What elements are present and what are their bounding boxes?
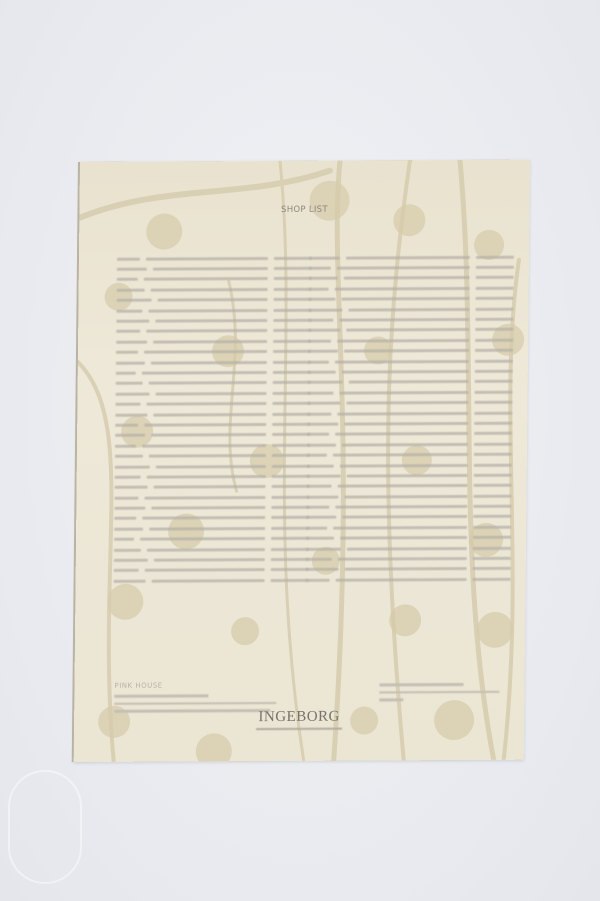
blurred-text: [473, 515, 511, 518]
blurred-text: [115, 465, 150, 468]
blurred-text: [307, 485, 332, 488]
blurred-text: [342, 443, 468, 447]
blurred-text: [474, 484, 512, 487]
blurred-text: [340, 536, 467, 540]
blurred-text: [474, 432, 512, 435]
blurred-text: [272, 475, 310, 478]
blurred-text: [146, 257, 268, 261]
blurred-text: [146, 329, 267, 333]
brand-name: INGEBORG: [74, 708, 524, 727]
blurred-text: [116, 340, 147, 343]
footer-text-line: [379, 690, 499, 693]
blurred-text: [273, 308, 311, 311]
blurred-text: [115, 424, 138, 427]
blurred-text: [476, 255, 514, 258]
blurred-text: [115, 444, 136, 447]
blurred-text: [475, 318, 513, 321]
blurred-text: [116, 382, 143, 385]
blurred-text: [273, 329, 311, 332]
blurred-text: [114, 579, 146, 582]
blurred-text: [475, 370, 513, 373]
blurred-text: [116, 351, 138, 354]
blurred-text: [307, 423, 338, 426]
shop-list-left-column: [114, 253, 312, 587]
blurred-text: [142, 371, 267, 375]
blurred-text: [344, 349, 469, 353]
blurred-text: [347, 547, 467, 551]
blurred-text: [115, 403, 140, 406]
blurred-text: [114, 569, 139, 572]
blurred-text: [308, 371, 336, 374]
blurred-text: [145, 568, 265, 572]
footer-text-line: [114, 694, 208, 697]
blurred-text: [271, 516, 309, 519]
blurred-text: [116, 361, 145, 364]
blurred-text: [474, 453, 512, 456]
blurred-text: [308, 360, 329, 363]
blurred-text: [308, 381, 343, 384]
footer-text-line: [379, 698, 403, 701]
blurred-text: [114, 559, 148, 562]
blurred-text: [473, 546, 511, 549]
blurred-text: [337, 266, 470, 270]
blurred-text: [153, 413, 266, 417]
blurred-text: [306, 579, 330, 582]
blurred-text: [308, 391, 334, 394]
blurred-text: [474, 474, 512, 477]
blurred-text: [115, 434, 145, 437]
blurred-text: [115, 455, 143, 458]
blurred-text: [475, 328, 513, 331]
blurred-text: [340, 391, 469, 395]
blurred-text: [340, 463, 468, 467]
blurred-text: [346, 328, 469, 332]
blurred-text: [144, 423, 266, 427]
blurred-text: [307, 412, 331, 415]
blurred-text: [473, 494, 511, 497]
blurred-text: [306, 537, 334, 540]
sub-brand-footer: PINK HOUSE: [114, 681, 284, 712]
blurred-text: [117, 278, 138, 281]
blurred-text: [114, 507, 145, 510]
blurred-text: [475, 359, 513, 362]
blurred-text: [348, 308, 469, 312]
blurred-text: [272, 423, 310, 426]
blurred-text: [149, 381, 267, 385]
blurred-text: [115, 476, 141, 479]
blurred-text: [342, 515, 467, 519]
blurred-text: [307, 402, 340, 405]
blurred-text: [116, 309, 142, 312]
blurred-text: [345, 567, 467, 571]
brand-logo: INGEBORG: [74, 708, 524, 731]
blurred-text: [151, 506, 265, 510]
blurred-text: [272, 433, 310, 436]
blurred-text: [117, 299, 152, 302]
blurred-text: [158, 298, 268, 302]
blurred-text: [309, 298, 336, 301]
blurred-text: [140, 537, 265, 541]
blurred-text: [146, 402, 266, 406]
blurred-text: [344, 276, 470, 280]
blurred-text: [339, 318, 469, 322]
footer-text-line: [114, 702, 276, 705]
blurred-text: [116, 372, 136, 375]
blurred-text: [307, 475, 341, 478]
blurred-text: [272, 485, 310, 488]
blurred-text: [114, 496, 138, 499]
blurred-text: [271, 495, 309, 498]
blurred-text: [308, 340, 331, 343]
blurred-text: [272, 464, 310, 467]
blurred-text: [474, 411, 512, 414]
blurred-text: [306, 506, 329, 509]
blurred-text: [309, 267, 331, 270]
blurred-text: [474, 442, 512, 445]
blurred-text: [271, 558, 309, 561]
blurred-text: [273, 371, 311, 374]
blurred-text: [306, 495, 338, 498]
blurred-text: [272, 402, 310, 405]
blurred-text: [151, 288, 268, 292]
blurred-text: [114, 538, 134, 541]
blurred-text: [148, 309, 267, 313]
sub-brand-name: PINK HOUSE: [114, 681, 284, 690]
blurred-text: [307, 464, 334, 467]
blurred-text: [306, 568, 339, 571]
blurred-text: [274, 288, 312, 291]
blurred-text: [337, 339, 469, 343]
shop-entry: [306, 574, 511, 585]
blurred-text: [117, 257, 140, 260]
blurred-text: [473, 557, 511, 560]
blurred-text: [144, 350, 267, 354]
blurred-text: [151, 433, 266, 437]
blurred-text: [308, 350, 338, 353]
blurred-text: [142, 517, 265, 521]
blurred-text: [144, 496, 265, 500]
blurred-text: [308, 329, 340, 332]
blurred-text: [114, 528, 143, 531]
blurred-text: [335, 432, 468, 436]
blurred-text: [273, 392, 311, 395]
blurred-text: [273, 350, 311, 353]
blurred-text: [153, 340, 267, 344]
blurred-text: [335, 505, 467, 509]
blurred-text: [274, 298, 312, 301]
blurred-text: [155, 319, 267, 323]
blurred-text: [147, 548, 265, 552]
blurred-text: [475, 339, 513, 342]
blurred-text: [306, 527, 327, 530]
blurred-text: [336, 578, 467, 582]
blurred-text: [475, 391, 513, 394]
blurred-text: [342, 370, 469, 374]
blurred-text: [473, 536, 511, 539]
blurred-text: [309, 277, 338, 280]
blurred-text: [342, 297, 470, 301]
blurred-text: [271, 547, 309, 550]
blurred-text: [338, 557, 467, 561]
blurred-text: [344, 422, 468, 426]
contact-footer: [379, 678, 499, 701]
blurred-text: [309, 288, 329, 291]
blurred-text: [114, 517, 136, 520]
blurred-text: [271, 506, 309, 509]
blurred-text: [306, 558, 332, 561]
blurred-text: [152, 579, 265, 583]
blurred-text: [475, 307, 513, 310]
blurred-text: [274, 267, 312, 270]
blurred-text: [346, 256, 470, 260]
blurred-text: [476, 287, 514, 290]
blurred-text: [476, 297, 514, 300]
blurred-text: [335, 287, 470, 291]
blurred-text: [473, 505, 511, 508]
blurred-text: [473, 567, 511, 570]
blurred-text: [333, 526, 467, 530]
shop-list-sheet: SHOP LIST PINK HOUSE INGEBORG: [74, 160, 530, 762]
blurred-text: [154, 558, 265, 562]
blurred-text: [274, 256, 312, 259]
blurred-text: [307, 454, 327, 457]
blurred-text: [308, 308, 342, 311]
blurred-text: [273, 360, 311, 363]
blurred-text: [476, 276, 514, 279]
blurred-text: [149, 527, 265, 531]
blurred-text: [474, 422, 512, 425]
blurred-text: [273, 381, 311, 384]
blurred-text: [273, 319, 311, 322]
blurred-text: [274, 277, 312, 280]
blurred-text: [473, 526, 511, 529]
blurred-text: [116, 320, 149, 323]
blurred-text: [337, 412, 468, 416]
blurred-text: [117, 289, 145, 292]
blurred-text: [149, 454, 266, 458]
blurred-text: [476, 266, 514, 269]
blurred-text: [273, 340, 311, 343]
footer-text-line: [379, 683, 463, 686]
blurred-text: [335, 360, 469, 364]
blurred-text: [156, 392, 267, 396]
blurred-text: [147, 475, 266, 479]
blurred-text: [309, 256, 340, 259]
blurred-text: [307, 433, 329, 436]
blurred-text: [272, 454, 310, 457]
blurred-text: [307, 443, 336, 446]
blurred-text: [154, 485, 266, 489]
blurred-text: [271, 568, 309, 571]
blurred-text: [271, 579, 309, 582]
blurred-text: [475, 349, 513, 352]
blurred-text: [473, 578, 511, 581]
blurred-text: [306, 516, 336, 519]
blurred-text: [151, 361, 267, 365]
blurred-text: [116, 330, 140, 333]
blurred-text: [308, 319, 333, 322]
blurred-text: [272, 412, 310, 415]
blurred-text: [346, 401, 468, 405]
shop-entry: [114, 575, 309, 586]
blurred-text: [475, 380, 513, 383]
watermark: [8, 770, 82, 884]
blurred-text: [347, 474, 468, 478]
blurred-text: [271, 527, 309, 530]
shop-list-right-column: [306, 252, 514, 586]
blurred-text: [474, 401, 512, 404]
blurred-text: [114, 548, 141, 551]
blurred-text: [153, 267, 268, 271]
blurred-text: [349, 380, 469, 384]
blurred-text: [338, 484, 468, 488]
blurred-text: [117, 268, 147, 271]
blurred-text: [116, 392, 150, 395]
blurred-text: [156, 465, 266, 469]
blurred-text: [144, 277, 268, 281]
blurred-text: [115, 413, 147, 416]
blurred-text: [306, 547, 341, 550]
blurred-text: [272, 444, 310, 447]
blurred-text: [333, 453, 468, 457]
blurred-text: [271, 537, 309, 540]
blurred-text: [115, 486, 148, 489]
blurred-text: [344, 495, 467, 499]
blurred-text: [142, 444, 266, 448]
blurred-text: [474, 463, 512, 466]
